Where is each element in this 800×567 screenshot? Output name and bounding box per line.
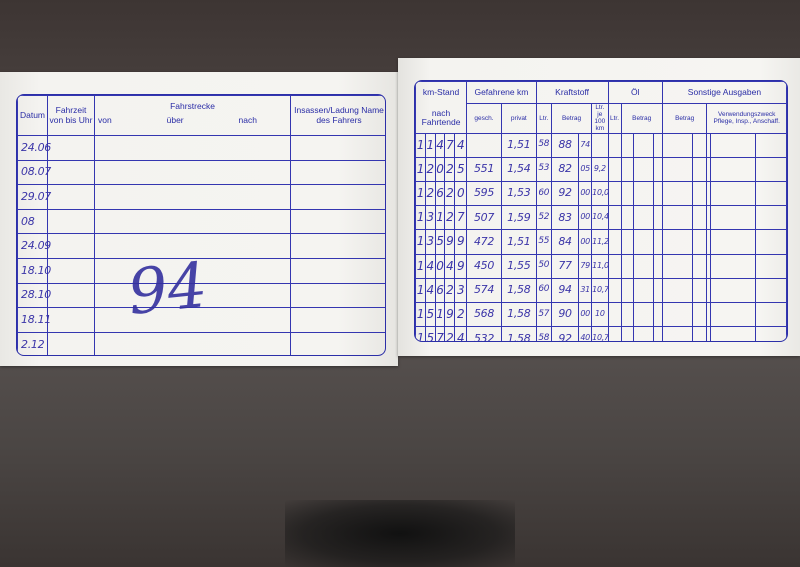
cell-insassen <box>291 160 387 185</box>
header-gefahrene-km: Gefahrene km <box>467 82 537 104</box>
cell-insassen <box>291 258 387 283</box>
cell-sonstige <box>710 206 756 230</box>
cell-fahrstrecke <box>95 160 291 185</box>
header-gesch: gesch. <box>467 104 502 134</box>
cell-gesch: 568 <box>467 302 502 326</box>
header-fahrstrecke: Fahrstrecke von über nach <box>95 96 291 136</box>
cell-insassen <box>291 185 387 210</box>
cell-km-digit: 2 <box>445 206 455 230</box>
cell-verbrauch: 9,2 <box>592 157 608 181</box>
cell-km-digit: 1 <box>416 206 426 230</box>
cell-oel <box>633 254 654 278</box>
cell-oel <box>633 133 654 157</box>
cell-oel <box>633 181 654 205</box>
cell-km-digit: 1 <box>416 230 426 254</box>
cell-sonstige <box>662 181 692 205</box>
cell-sonstige <box>693 206 707 230</box>
cell-gesch: 532 <box>467 327 502 342</box>
header-betrag: Betrag <box>551 104 591 134</box>
cell-insassen <box>291 283 387 308</box>
header-verwendungszweck: Verwendungszweck Pflege, Insp., Anschaff… <box>707 104 787 134</box>
cell-oel <box>633 206 654 230</box>
cell-km-digit: 6 <box>435 278 445 302</box>
cell-km-digit: 4 <box>425 254 435 278</box>
cell-sonstige <box>756 181 787 205</box>
cell-oel <box>621 327 633 342</box>
cell-betrag-eur: 90 <box>551 302 578 326</box>
cell-km-digit: 7 <box>435 327 445 342</box>
cell-sonstige <box>710 133 756 157</box>
cell-insassen <box>291 234 387 259</box>
cell-betrag-ct: 31 <box>579 278 592 302</box>
cell-oel <box>608 278 621 302</box>
cell-km-digit: 1 <box>416 157 426 181</box>
cell-sonstige <box>662 278 692 302</box>
cell-km-digit: 2 <box>425 157 435 181</box>
cell-sonstige <box>693 230 707 254</box>
cell-km-digit: 9 <box>455 254 467 278</box>
cell-sonstige <box>693 157 707 181</box>
header-oel-ltr: Ltr. <box>608 104 621 134</box>
cell-betrag-ct: 79 <box>579 254 592 278</box>
cell-datum: 29.07 <box>18 185 48 210</box>
handwritten-scribble: 94 <box>124 248 210 329</box>
cell-km-digit: 1 <box>425 133 435 157</box>
header-nach-fahrtende: nach Fahrtende <box>416 104 467 134</box>
cell-km-digit: 1 <box>416 254 426 278</box>
cell-km-digit: 2 <box>425 181 435 205</box>
fahrstrecke-title: Fahrstrecke <box>95 102 290 111</box>
cell-km-digit: 3 <box>425 206 435 230</box>
cell-km-digit: 1 <box>416 181 426 205</box>
cell-km-digit: 1 <box>435 302 445 326</box>
cell-km-digit: 9 <box>455 230 467 254</box>
cell-ltr: 58 <box>536 327 551 342</box>
cell-datum: 08.07 <box>18 160 48 185</box>
cell-sonstige <box>710 254 756 278</box>
table-row: 140494501,5550777911,0 <box>416 254 787 278</box>
header-kraftstoff: Kraftstoff <box>536 82 608 104</box>
cell-oel <box>608 230 621 254</box>
cell-oel <box>608 327 621 342</box>
cell-oel <box>608 181 621 205</box>
cell-oel <box>608 133 621 157</box>
cell-fahrzeit <box>48 234 95 259</box>
cell-ltr: 58 <box>536 133 551 157</box>
cell-oel <box>654 133 663 157</box>
cell-gesch: 472 <box>467 230 502 254</box>
table-row: 24.06 <box>18 136 387 161</box>
cell-oel <box>608 206 621 230</box>
cell-sonstige <box>662 206 692 230</box>
cell-oel <box>621 302 633 326</box>
cell-gesch: 507 <box>467 206 502 230</box>
table-row: 120255511,545382059,2 <box>416 157 787 181</box>
cell-sonstige <box>693 327 707 342</box>
cell-fahrstrecke <box>95 136 291 161</box>
cell-km-digit: 3 <box>425 230 435 254</box>
cell-verbrauch <box>592 133 608 157</box>
cell-verbrauch: 10,7 <box>592 278 608 302</box>
cell-oel <box>621 278 633 302</box>
cell-datum: 18.11 <box>18 308 48 333</box>
cell-fahrzeit <box>48 258 95 283</box>
cell-ltr: 50 <box>536 254 551 278</box>
cell-oel <box>621 133 633 157</box>
cell-privat-price: 1,58 <box>501 278 536 302</box>
table-row: 131275071,5952830010,4 <box>416 206 787 230</box>
cell-sonstige <box>662 230 692 254</box>
cell-oel <box>633 302 654 326</box>
cell-oel <box>633 327 654 342</box>
cell-oel <box>621 206 633 230</box>
header-privat: privat <box>501 104 536 134</box>
cell-km-digit: 0 <box>435 254 445 278</box>
cell-oel <box>608 302 621 326</box>
cell-insassen <box>291 332 387 356</box>
cell-sonstige <box>756 157 787 181</box>
header-oel-betrag: Betrag <box>621 104 662 134</box>
cell-betrag-ct: 74 <box>579 133 592 157</box>
cell-oel <box>621 157 633 181</box>
header-fahrzeit: Fahrzeit von bis Uhr <box>48 96 95 136</box>
cell-privat-price: 1,51 <box>501 133 536 157</box>
cell-datum: 2.12 <box>18 332 48 356</box>
cell-ltr: 55 <box>536 230 551 254</box>
cell-betrag-eur: 83 <box>551 206 578 230</box>
table-row: 08 <box>18 209 387 234</box>
cell-gesch: 450 <box>467 254 502 278</box>
cell-oel <box>633 157 654 181</box>
cell-sonstige <box>662 133 692 157</box>
cell-ltr: 53 <box>536 157 551 181</box>
cell-privat-price: 1,55 <box>501 254 536 278</box>
cell-gesch: 595 <box>467 181 502 205</box>
cell-oel <box>654 181 663 205</box>
cell-insassen <box>291 209 387 234</box>
cell-fahrzeit <box>48 209 95 234</box>
table-row: 126205951,5360920010,0 <box>416 181 787 205</box>
cell-privat-price: 1,53 <box>501 181 536 205</box>
cell-betrag-ct: 05 <box>579 157 592 181</box>
cell-km-digit: 1 <box>416 278 426 302</box>
cell-privat-price: 1,54 <box>501 157 536 181</box>
cell-sonstige <box>710 181 756 205</box>
cell-datum: 18.10 <box>18 258 48 283</box>
cell-km-digit: 6 <box>435 181 445 205</box>
header-ltr: Ltr. <box>536 104 551 134</box>
cell-km-digit: 2 <box>445 157 455 181</box>
cell-verbrauch: 11,2 <box>592 230 608 254</box>
header-sonstige: Sonstige Ausgaben <box>662 82 786 104</box>
cell-km-digit: 4 <box>435 133 445 157</box>
cell-sonstige <box>756 206 787 230</box>
fahrstrecke-von: von <box>98 116 112 125</box>
cell-km-digit: 5 <box>425 302 435 326</box>
cell-betrag-eur: 84 <box>551 230 578 254</box>
cell-oel <box>621 230 633 254</box>
cell-fahrzeit <box>48 308 95 333</box>
header-ltr-je-100: Ltr. je 100 km <box>592 104 608 134</box>
cell-km-digit: 2 <box>445 278 455 302</box>
cell-gesch: 574 <box>467 278 502 302</box>
cell-km-digit: 4 <box>445 254 455 278</box>
cell-fahrzeit <box>48 160 95 185</box>
cell-verbrauch: 11,0 <box>592 254 608 278</box>
cell-sonstige <box>756 254 787 278</box>
cell-km-digit: 0 <box>435 157 445 181</box>
cell-oel <box>654 254 663 278</box>
cell-betrag-eur: 88 <box>551 133 578 157</box>
cell-km-digit: 5 <box>455 157 467 181</box>
fahrstrecke-ueber: über <box>167 116 184 125</box>
cell-km-digit: 7 <box>455 206 467 230</box>
cell-oel <box>654 206 663 230</box>
cell-datum: 24.06 <box>18 136 48 161</box>
cell-betrag-eur: 77 <box>551 254 578 278</box>
cell-privat-price: 1,59 <box>501 206 536 230</box>
cell-sonstige <box>662 327 692 342</box>
cell-gesch <box>467 133 502 157</box>
cell-sonstige <box>662 254 692 278</box>
cell-fahrzeit <box>48 136 95 161</box>
cell-verbrauch: 10,0 <box>592 181 608 205</box>
cell-ltr: 60 <box>536 181 551 205</box>
cell-betrag-eur: 92 <box>551 181 578 205</box>
cell-km-digit: 2 <box>445 181 455 205</box>
cell-verbrauch: 10 <box>592 302 608 326</box>
cell-fahrstrecke <box>95 185 291 210</box>
cell-insassen <box>291 136 387 161</box>
cell-km-digit: 9 <box>445 230 455 254</box>
table-row: 114741,51588874 <box>416 133 787 157</box>
cell-km-digit: 3 <box>455 278 467 302</box>
cell-betrag-eur: 82 <box>551 157 578 181</box>
cell-fahrstrecke <box>95 209 291 234</box>
cell-sonstige <box>710 278 756 302</box>
table-row: 157245321,5858924010,7 <box>416 327 787 342</box>
cell-oel <box>608 254 621 278</box>
cell-sonstige <box>693 181 707 205</box>
header-oel: Öl <box>608 82 662 104</box>
cell-sonstige <box>756 278 787 302</box>
cell-sonstige <box>756 133 787 157</box>
cell-sonstige <box>693 254 707 278</box>
cell-km-digit: 9 <box>445 302 455 326</box>
cell-km-digit: 1 <box>435 206 445 230</box>
table-row: 08.07 <box>18 160 387 185</box>
logbook-left-page: Datum Fahrzeit von bis Uhr Fahrstrecke v… <box>0 72 398 366</box>
cell-ltr: 52 <box>536 206 551 230</box>
cell-sonstige <box>710 157 756 181</box>
cell-km-digit: 1 <box>416 133 426 157</box>
cell-sonstige <box>756 230 787 254</box>
cell-betrag-ct: 00 <box>579 206 592 230</box>
cell-km-digit: 4 <box>455 327 467 342</box>
cell-km-digit: 2 <box>455 302 467 326</box>
cell-gesch: 551 <box>467 157 502 181</box>
header-km-stand: km-Stand <box>416 82 467 104</box>
cell-datum: 28.10 <box>18 283 48 308</box>
cell-oel <box>654 230 663 254</box>
cell-betrag-eur: 92 <box>551 327 578 342</box>
cell-insassen <box>291 308 387 333</box>
cell-sonstige <box>756 302 787 326</box>
cell-km-digit: 1 <box>416 302 426 326</box>
cell-km-digit: 0 <box>455 181 467 205</box>
cell-sonstige <box>693 278 707 302</box>
cell-sonstige <box>693 302 707 326</box>
cell-betrag-ct: 00 <box>579 181 592 205</box>
cell-sonstige <box>662 157 692 181</box>
cell-verbrauch: 10,7 <box>592 327 608 342</box>
cell-ltr: 60 <box>536 278 551 302</box>
cell-km-digit: 2 <box>445 327 455 342</box>
cell-ltr: 57 <box>536 302 551 326</box>
cell-sonstige <box>693 133 707 157</box>
header-sonst-betrag: Betrag <box>662 104 707 134</box>
table-row: 29.07 <box>18 185 387 210</box>
cell-km-digit: 5 <box>435 230 445 254</box>
cell-privat-price: 1,58 <box>501 327 536 342</box>
cell-datum: 24.09 <box>18 234 48 259</box>
trip-table-right: km-Stand Gefahrene km Kraftstoff Öl Sons… <box>414 80 788 342</box>
table-row: 146235741,5860943110,7 <box>416 278 787 302</box>
cell-betrag-ct: 00 <box>579 302 592 326</box>
header-insassen: Insassen/Ladung Name des Fahrers <box>291 96 387 136</box>
cell-verbrauch: 10,4 <box>592 206 608 230</box>
cell-sonstige <box>756 327 787 342</box>
cell-sonstige <box>710 302 756 326</box>
cell-betrag-ct: 00 <box>579 230 592 254</box>
cell-oel <box>608 157 621 181</box>
cell-oel <box>654 327 663 342</box>
table-row: 135994721,5155840011,2 <box>416 230 787 254</box>
cell-fahrzeit <box>48 332 95 356</box>
cell-privat-price: 1,58 <box>501 302 536 326</box>
cell-oel <box>654 302 663 326</box>
cell-oel <box>621 181 633 205</box>
table-row: 151925681,5857900010 <box>416 302 787 326</box>
cell-fahrzeit <box>48 283 95 308</box>
cell-fahrzeit <box>48 185 95 210</box>
cell-sonstige <box>710 230 756 254</box>
fahrstrecke-nach: nach <box>239 116 257 125</box>
cell-km-digit: 4 <box>425 278 435 302</box>
cell-oel <box>633 230 654 254</box>
table-row: 2.12 <box>18 332 387 356</box>
cell-oel <box>633 278 654 302</box>
cell-sonstige <box>662 302 692 326</box>
cell-betrag-ct: 40 <box>579 327 592 342</box>
cell-fahrstrecke <box>95 332 291 356</box>
cell-datum: 08 <box>18 209 48 234</box>
cell-oel <box>654 278 663 302</box>
cell-privat-price: 1,51 <box>501 230 536 254</box>
cell-sonstige <box>710 327 756 342</box>
cell-km-digit: 7 <box>445 133 455 157</box>
background-shadow <box>285 500 515 567</box>
cell-km-digit: 1 <box>416 327 426 342</box>
cell-betrag-eur: 94 <box>551 278 578 302</box>
header-datum: Datum <box>18 96 48 136</box>
logbook-right-page: km-Stand Gefahrene km Kraftstoff Öl Sons… <box>398 58 800 356</box>
cell-oel <box>654 157 663 181</box>
cell-km-digit: 4 <box>455 133 467 157</box>
cell-km-digit: 5 <box>425 327 435 342</box>
cell-oel <box>621 254 633 278</box>
